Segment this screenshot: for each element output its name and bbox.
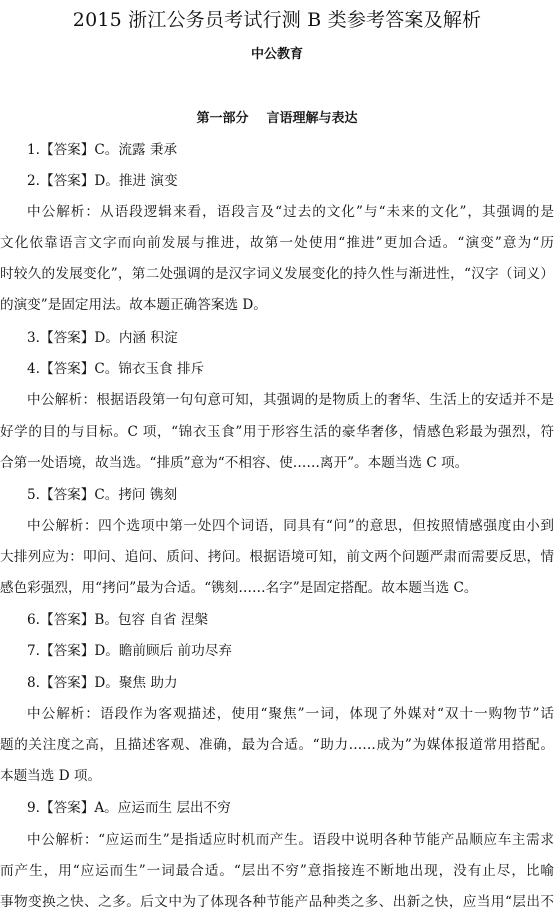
section-heading: 第一部分 言语理解与表达 [0,110,554,128]
answer-line: 3.【答案】D。内涵 积淀 [0,329,554,347]
explanation-line: 合第一处语境，故当选。“排质”意为“不相容、使……离开”。本题当选 C 项。 [0,454,554,472]
answer-line: 8.【答案】D。聚焦 助力 [0,674,554,692]
explanation-line: 中公解析：根据语段第一句句意可知，其强调的是物质上的奢华、生活上的安适并不是 [0,391,554,409]
publisher-name: 中公教育 [0,46,554,64]
document-title: 2015 浙江公务员考试行测 B 类参考答案及解析 [0,8,554,32]
explanation-line: 好学的目的与目标。C 项，“锦衣玉食”用于形容生活的豪华奢侈，情感色彩最为强烈，… [0,423,554,441]
answer-line: 4.【答案】C。锦衣玉食 排斥 [0,360,554,378]
explanation-line: 题的关注度之高，且描述客观、准确，最为合适。“助力……成为”为媒体报道常用搭配。 [0,736,554,754]
document-page: 2015 浙江公务员考试行测 B 类参考答案及解析 中公教育 第一部分 言语理解… [0,0,554,915]
explanation-line: 中公解析：“应运而生”是指适应时机而产生。语段中说明各种节能产品顺应车主需求 [0,831,554,849]
explanation-line: 中公解析：四个选项中第一处四个词语，同具有“问”的意思，但按照情感强度由小到 [0,517,554,535]
explanation-line: 文化依靠语言文字而向前发展与推进，故第一处使用“推进”更加合适。“演变”意为“历 [0,234,554,252]
answer-line: 5.【答案】C。拷问 镌刻 [0,486,554,504]
explanation-line: 大排列应为：叩问、追问、质问、拷问。根据语境可知，前文两个问题严肃而需要反思，情 [0,548,554,566]
answer-line: 7.【答案】D。瞻前顾后 前功尽弃 [0,642,554,660]
explanation-line: 事物变换之快、之多。后文中为了体现各种节能产品种类之多、出新之快，应当用“层出不 [0,893,554,911]
answer-line: 9.【答案】A。应运而生 层出不穷 [0,799,554,817]
explanation-line: 中公解析：从语段逻辑来看，语段言及“过去的文化”与“未来的文化”，其强调的是 [0,203,554,221]
explanation-line: 的演变”是固定用法。故本题正确答案选 D。 [0,296,554,314]
explanation-line: 中公解析：语段作为客观描述，使用“聚焦”一词，体现了外媒对“双十一购物节”话 [0,705,554,723]
explanation-line: 时较久的发展变化”，第二处强调的是汉字词义发展变化的持久性与渐进性，“汉字（词义… [0,265,554,283]
explanation-line: 感色彩强烈，用“拷问”最为合适。“镌刻……名字”是固定搭配。故本题当选 C。 [0,579,554,597]
answer-line: 1.【答案】C。流露 秉承 [0,141,554,159]
explanation-line: 本题当选 D 项。 [0,767,554,785]
explanation-line: 而产生，用“应运而生”一词最合适。“层出不穷”意指接连不断地出现，没有止尽，比喻 [0,862,554,880]
answer-line: 2.【答案】D。推进 演变 [0,172,554,190]
answer-line: 6.【答案】B。包容 自省 涅槃 [0,611,554,629]
